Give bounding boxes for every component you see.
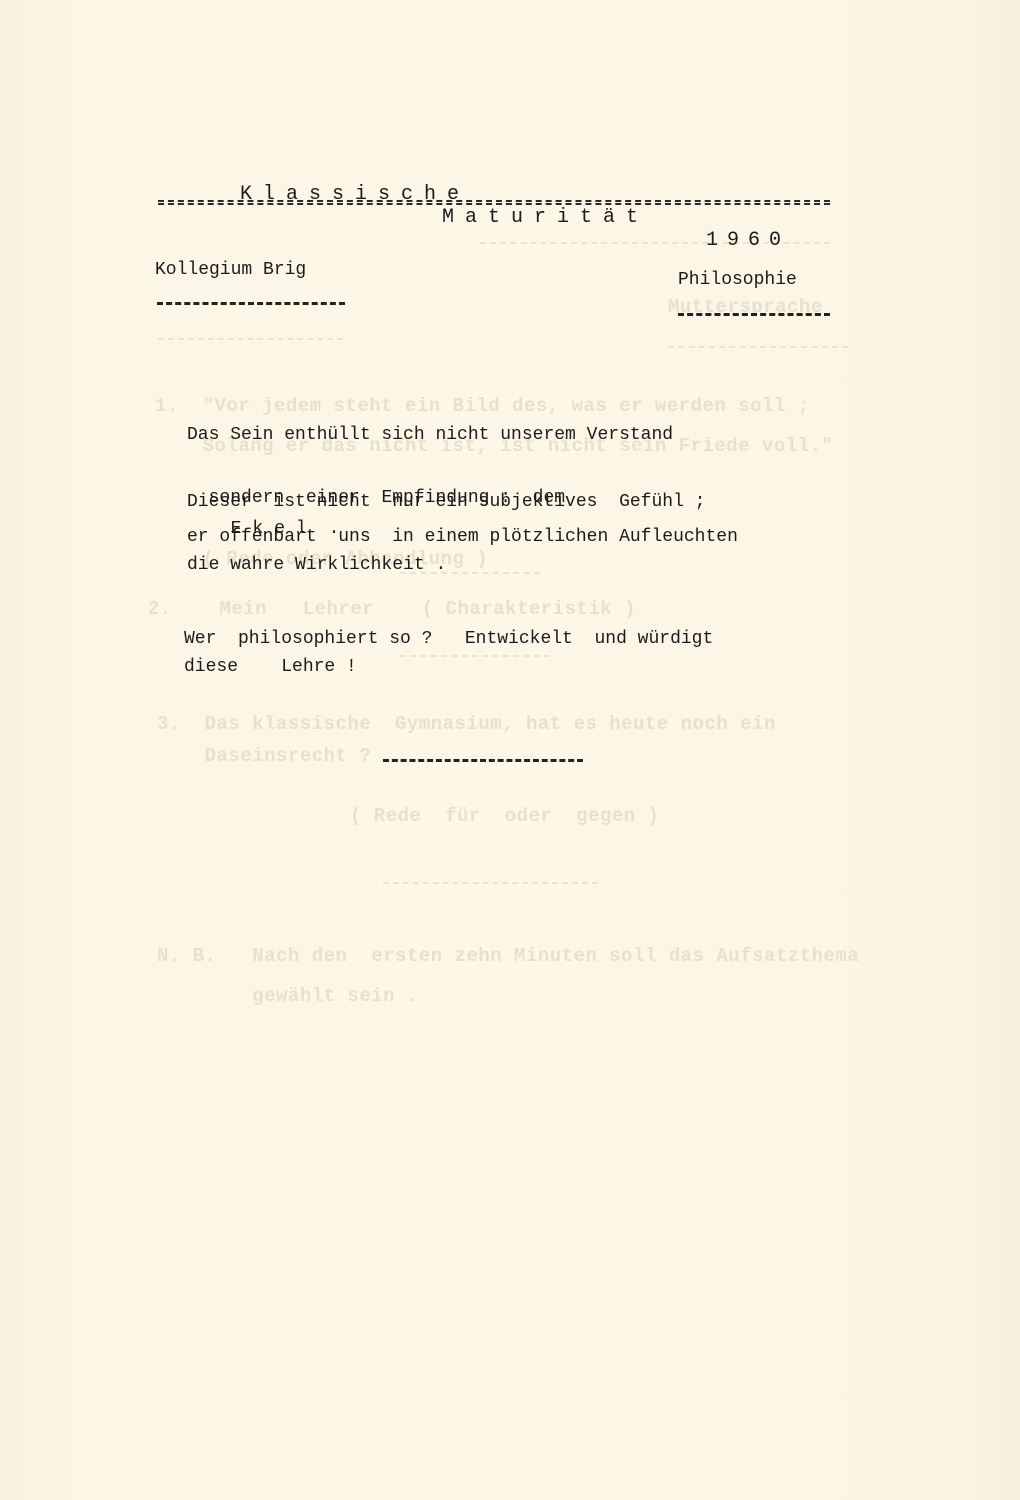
show-through-line: N. B. Nach den ersten zehn Minuten soll … (157, 945, 859, 967)
show-through-line: ( Rede für oder gegen ) (350, 805, 659, 827)
question-line-1: Das Sein enthüllt sich nicht unserem Ver… (187, 420, 673, 451)
question-line-4: er offenbart uns in einem plötzlichen Au… (187, 522, 738, 553)
question-line-5: die wahre Wirklichkeit . (187, 550, 446, 581)
task-line-1: Wer philosophiert so ? Entwickelt und wü… (184, 624, 713, 655)
task-line-2: diese Lehre ! (184, 652, 357, 683)
show-through-rule (400, 655, 550, 657)
title-year: 1960 (706, 229, 790, 252)
show-through-rule (668, 346, 848, 348)
header-double-rule (158, 200, 830, 205)
subject-label: Philosophie (678, 270, 797, 290)
school-label: Kollegium Brig (155, 260, 306, 280)
document-title: Klassische Maturität 1960 (180, 160, 470, 252)
question-line-3: Dieser ist nicht nur ein subjektives Gef… (187, 487, 705, 518)
show-through-line: Daseinsrecht ? (157, 745, 371, 767)
closing-rule (383, 759, 583, 762)
show-through-rule (158, 338, 343, 340)
show-through-line: 3. Das klassische Gymnasium, hat es heut… (157, 713, 776, 735)
show-through-rule (383, 882, 598, 884)
title-word-maturitaet: Maturität (442, 206, 649, 229)
show-through-line: 1. "Vor jedem steht ein Bild des, was er… (155, 395, 810, 417)
show-through-line: 2. Mein Lehrer ( Charakteristik ) (148, 598, 636, 620)
subject-underline (678, 313, 830, 316)
show-through-line: gewählt sein . (157, 985, 419, 1007)
school-underline (157, 302, 345, 305)
